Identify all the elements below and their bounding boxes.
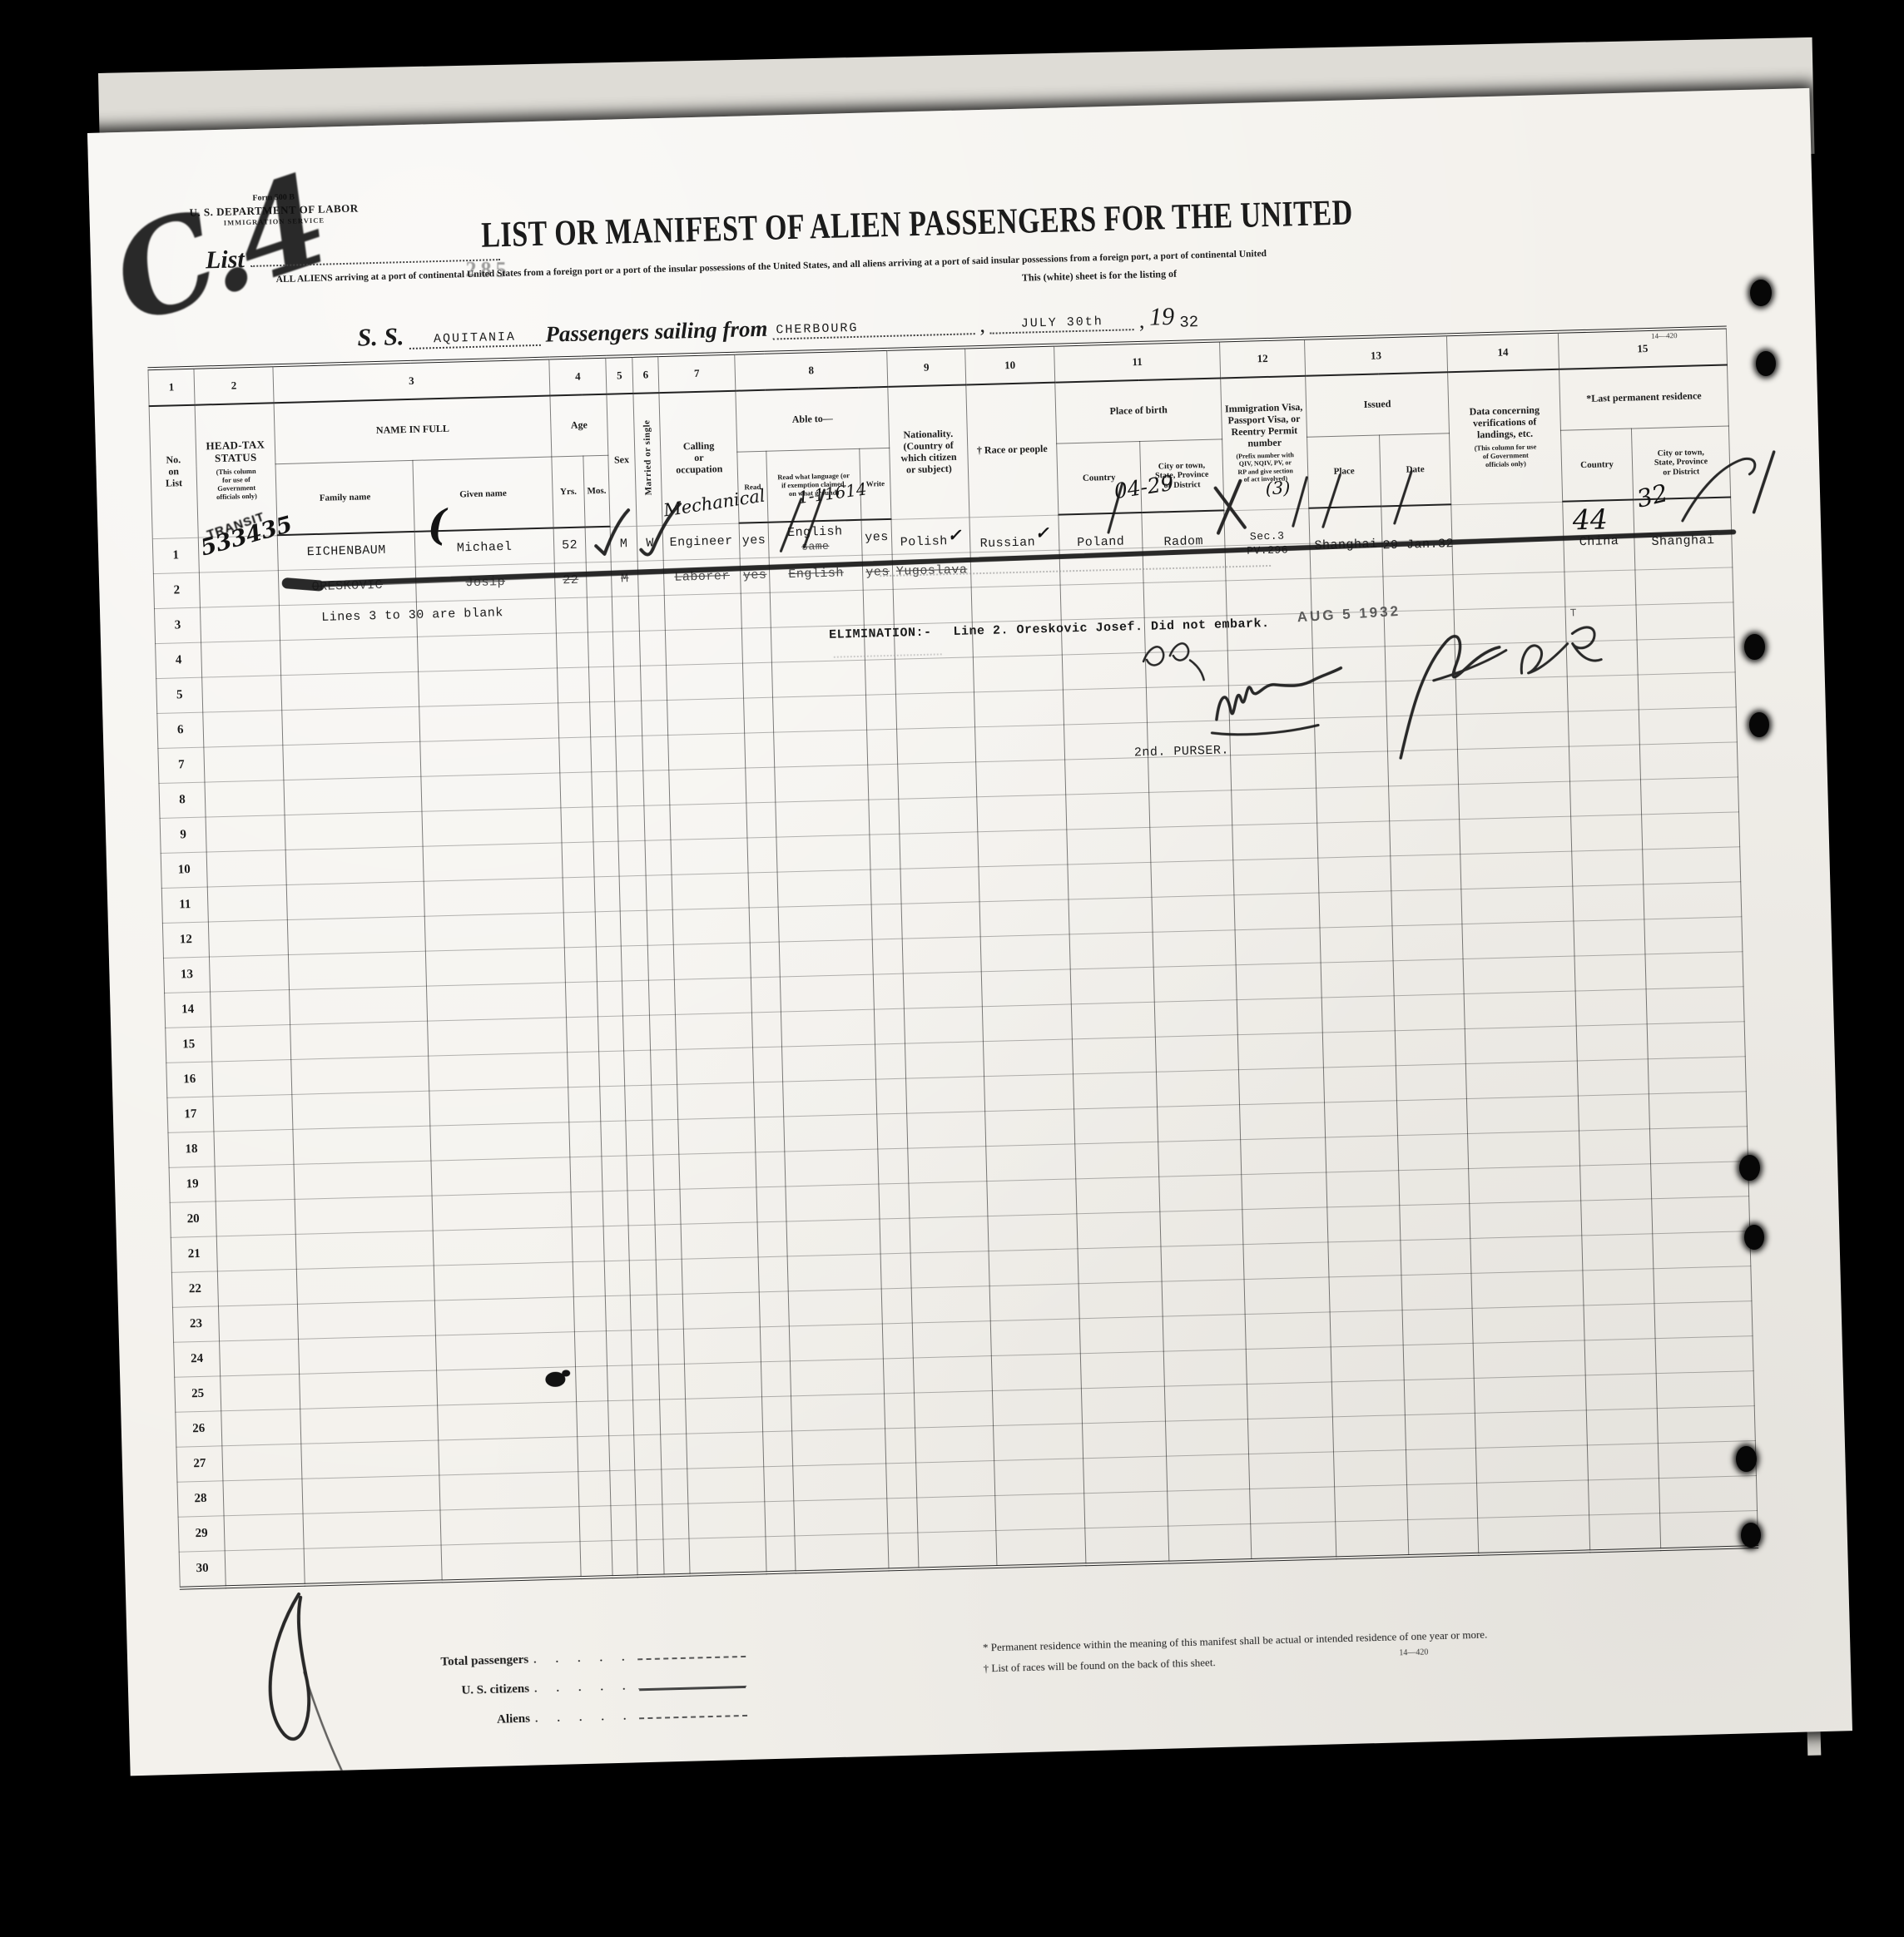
signature-loops: [1143, 643, 1204, 681]
total-passengers-blank: [637, 1646, 746, 1660]
signature-purser: [1215, 668, 1341, 720]
dot-leader: . . . . .: [533, 1650, 633, 1666]
binder-hole: [1744, 1225, 1764, 1250]
binder-hole: [1736, 1446, 1757, 1472]
slash-language: [803, 490, 826, 547]
ink-blob: [287, 582, 319, 587]
slash-read: [780, 499, 803, 552]
us-citizens-blank: [638, 1676, 746, 1689]
binder-hole: [1739, 1155, 1760, 1181]
flourish-residence: [1681, 458, 1757, 521]
us-citizens-row: U. S. citizens . . . . .: [396, 1676, 747, 1700]
strike-line: [290, 532, 1734, 584]
slash-birth: [1107, 484, 1123, 533]
slash-visa: [1292, 478, 1308, 526]
form-code-bottom: 14—420: [1399, 1647, 1428, 1657]
totals-block: Total passengers . . . . . U. S. citizen…: [395, 1646, 748, 1744]
signature-second: [1397, 635, 1502, 758]
bottom-loop: [268, 1594, 310, 1740]
slash-place: [1321, 475, 1341, 528]
signature-underline: [1212, 726, 1318, 736]
aliens-row: Aliens . . . . .: [397, 1705, 748, 1730]
signature-third: [1520, 644, 1568, 673]
slash-date: [1393, 471, 1413, 523]
x-mark-visa: [1215, 481, 1245, 533]
handwriting-scribbles: [87, 88, 1852, 1776]
binder-hole: [1741, 1523, 1761, 1548]
dot-leader: . . . . .: [535, 1709, 635, 1725]
binder-hole: [1756, 351, 1776, 376]
binder-hole: [1749, 712, 1769, 737]
manifest-sheet: Form 500 B U. S. DEPARTMENT OF LABOR IMM…: [87, 88, 1852, 1776]
dot-leader: . . . . .: [534, 1679, 634, 1695]
check-mark-sweep: [640, 504, 682, 555]
slash-residence: [1753, 452, 1776, 513]
aliens-blank: [639, 1705, 747, 1719]
check-mark-age: [595, 510, 629, 554]
bottom-loop-tail: [305, 1670, 391, 1776]
signature-third-tail: [1572, 627, 1601, 661]
scan-background: Form 500 B U. S. DEPARTMENT OF LABOR IMM…: [0, 0, 1904, 1937]
binder-hole: [1744, 634, 1765, 660]
binder-hole: [1750, 280, 1772, 306]
